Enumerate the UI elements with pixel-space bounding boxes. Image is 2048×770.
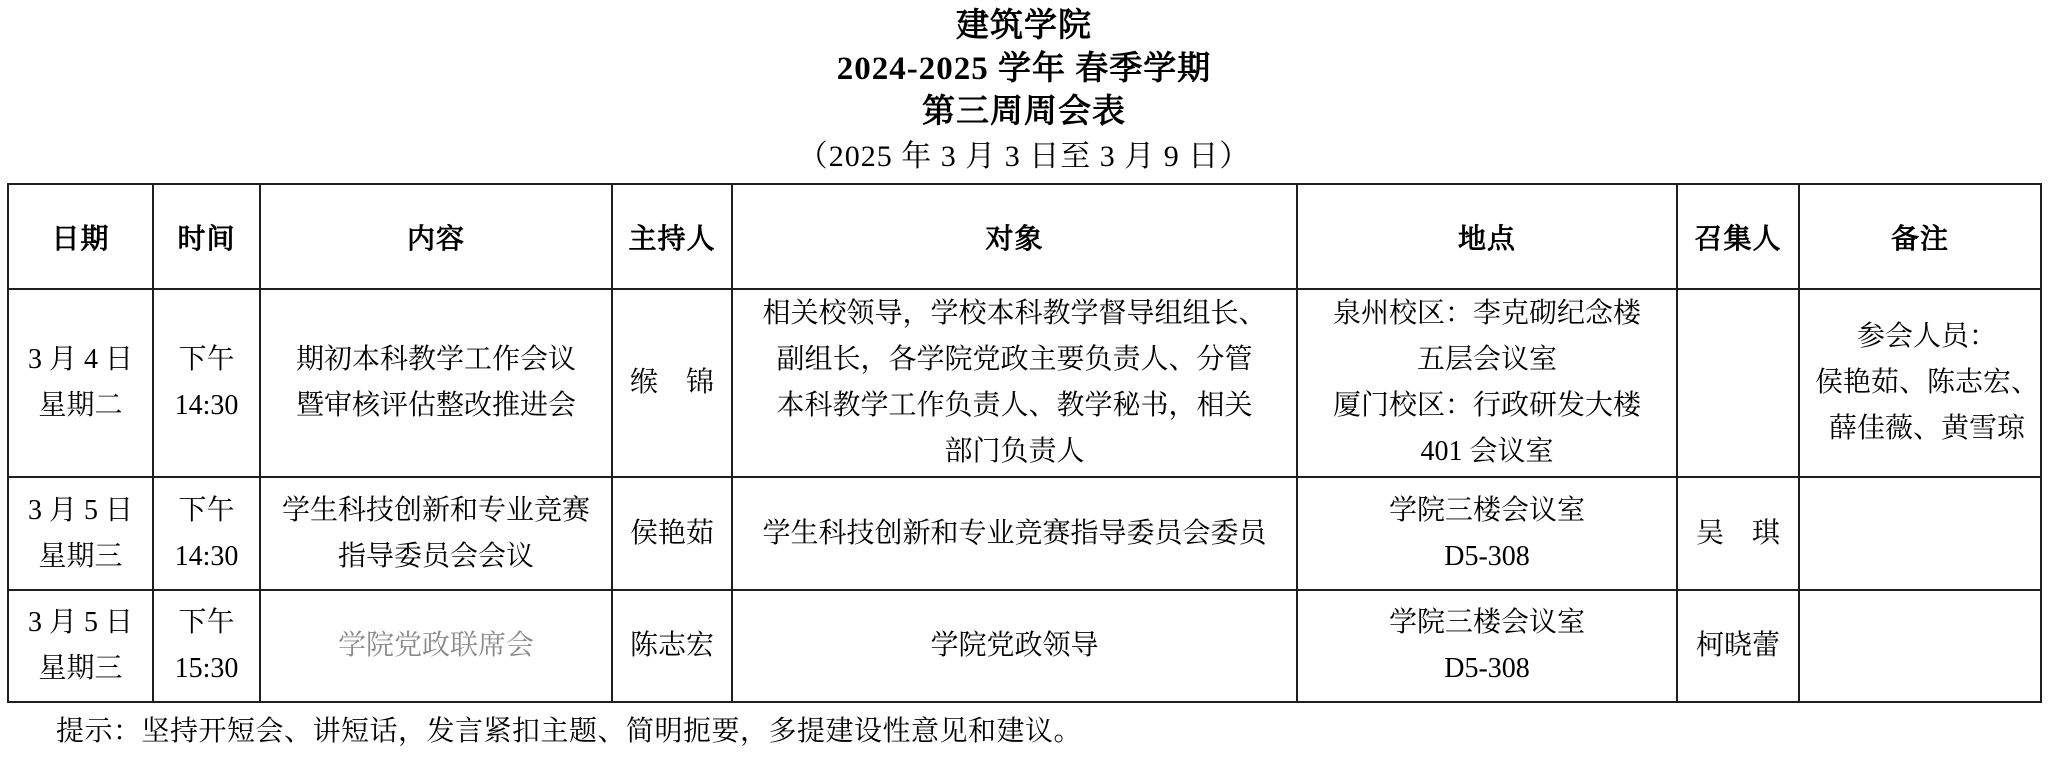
column-header-location: 地点 <box>1297 184 1677 289</box>
cell-line: 暨审核评估整改推进会 <box>261 383 611 429</box>
cell-line: 星期三 <box>9 646 152 692</box>
cell-line: 柯晓蕾 <box>1678 623 1798 669</box>
cell-host: 侯艳茹 <box>612 477 732 590</box>
cell-audience: 相关校领导，学校本科教学督导组组长、副组长，各学院党政主要负责人、分管本科教学工… <box>732 289 1297 477</box>
cell-line: 星期二 <box>9 383 152 429</box>
cell-line: 侯艳茹、陈志宏、 <box>1800 360 2040 406</box>
doc-title-semester: 2024-2025 学年 春季学期 <box>0 48 2048 91</box>
cell-time: 下午14:30 <box>153 477 260 590</box>
cell-line: 3 月 5 日 <box>9 600 152 646</box>
cell-content: 学生科技创新和专业竞赛指导委员会会议 <box>260 477 612 590</box>
cell-line: 缑 锦 <box>613 360 731 406</box>
cell-line: D5-308 <box>1298 646 1676 692</box>
cell-line: 学院党政联席会 <box>261 623 611 669</box>
document-page: 建筑学院 2024-2025 学年 春季学期 第三周周会表 （2025 年 3 … <box>0 0 2048 770</box>
schedule-table-header: 日期 时间 内容 主持人 对象 地点 召集人 备注 <box>8 184 2041 289</box>
column-header-convener: 召集人 <box>1677 184 1799 289</box>
cell-content: 期初本科教学工作会议暨审核评估整改推进会 <box>260 289 612 477</box>
column-header-content: 内容 <box>260 184 612 289</box>
cell-convener <box>1677 289 1799 477</box>
cell-convener: 柯晓蕾 <box>1677 590 1799 702</box>
cell-line: 14:30 <box>154 383 259 429</box>
cell-line: 3 月 4 日 <box>9 337 152 383</box>
column-header-host: 主持人 <box>612 184 732 289</box>
cell-notes <box>1799 590 2041 702</box>
cell-content: 学院党政联席会 <box>260 590 612 702</box>
cell-line: 学生科技创新和专业竞赛 <box>261 488 611 534</box>
cell-line: 指导委员会会议 <box>261 534 611 580</box>
cell-line: 14:30 <box>154 534 259 580</box>
cell-line: 3 月 5 日 <box>9 488 152 534</box>
table-row: 3 月 4 日星期二下午14:30期初本科教学工作会议暨审核评估整改推进会缑 锦… <box>8 289 2041 477</box>
cell-line: 五层会议室 <box>1298 337 1676 383</box>
cell-line: 吴 琪 <box>1678 511 1798 557</box>
cell-date: 3 月 4 日星期二 <box>8 289 153 477</box>
cell-location: 学院三楼会议室D5-308 <box>1297 590 1677 702</box>
cell-line: 参会人员： <box>1800 314 2040 360</box>
cell-line: 期初本科教学工作会议 <box>261 337 611 383</box>
cell-notes: 参会人员：侯艳茹、陈志宏、薛佳薇、黄雪琼 <box>1799 289 2041 477</box>
document-title-block: 建筑学院 2024-2025 学年 春季学期 第三周周会表 （2025 年 3 … <box>0 0 2048 179</box>
table-row: 3 月 5 日星期三下午15:30学院党政联席会陈志宏学院党政领导学院三楼会议室… <box>8 590 2041 702</box>
cell-line: 下午 <box>154 488 259 534</box>
cell-line: 泉州校区：李克砌纪念楼 <box>1298 291 1676 337</box>
cell-audience: 学院党政领导 <box>732 590 1297 702</box>
cell-time: 下午14:30 <box>153 289 260 477</box>
doc-title-date-range: （2025 年 3 月 3 日至 3 月 9 日） <box>0 134 2048 179</box>
cell-line: 星期三 <box>9 534 152 580</box>
cell-line: 部门负责人 <box>733 429 1296 475</box>
table-row: 3 月 5 日星期三下午14:30学生科技创新和专业竞赛指导委员会会议侯艳茹学生… <box>8 477 2041 590</box>
column-header-date: 日期 <box>8 184 153 289</box>
cell-line: 下午 <box>154 600 259 646</box>
footer-note: 提示：坚持开短会、讲短话，发言紧扣主题、简明扼要，多提建设性意见和建议。 <box>56 712 2048 752</box>
column-header-notes: 备注 <box>1799 184 2041 289</box>
cell-date: 3 月 5 日星期三 <box>8 590 153 702</box>
cell-convener: 吴 琪 <box>1677 477 1799 590</box>
cell-line: 侯艳茹 <box>613 511 731 557</box>
cell-line: 学院党政领导 <box>733 623 1296 669</box>
cell-location: 泉州校区：李克砌纪念楼五层会议室厦门校区：行政研发大楼401 会议室 <box>1297 289 1677 477</box>
schedule-table-body: 3 月 4 日星期二下午14:30期初本科教学工作会议暨审核评估整改推进会缑 锦… <box>8 289 2041 702</box>
cell-line: 相关校领导，学校本科教学督导组组长、 <box>733 291 1296 337</box>
cell-host: 陈志宏 <box>612 590 732 702</box>
cell-line: 副组长，各学院党政主要负责人、分管 <box>733 337 1296 383</box>
header-row: 日期 时间 内容 主持人 对象 地点 召集人 备注 <box>8 184 2041 289</box>
cell-line: 下午 <box>154 337 259 383</box>
cell-line: 学院三楼会议室 <box>1298 600 1676 646</box>
cell-line: 401 会议室 <box>1298 429 1676 475</box>
cell-date: 3 月 5 日星期三 <box>8 477 153 590</box>
doc-title-week: 第三周周会表 <box>0 91 2048 134</box>
cell-line: 学生科技创新和专业竞赛指导委员会委员 <box>733 511 1296 557</box>
cell-line: 陈志宏 <box>613 623 731 669</box>
column-header-time: 时间 <box>153 184 260 289</box>
cell-time: 下午15:30 <box>153 590 260 702</box>
cell-notes <box>1799 477 2041 590</box>
schedule-table: 日期 时间 内容 主持人 对象 地点 召集人 备注 3 月 4 日星期二下午14… <box>7 183 2042 703</box>
cell-audience: 学生科技创新和专业竞赛指导委员会委员 <box>732 477 1297 590</box>
cell-line: D5-308 <box>1298 534 1676 580</box>
column-header-audience: 对象 <box>732 184 1297 289</box>
cell-location: 学院三楼会议室D5-308 <box>1297 477 1677 590</box>
cell-line: 本科教学工作负责人、教学秘书，相关 <box>733 383 1296 429</box>
cell-line: 薛佳薇、黄雪琼 <box>1800 406 2040 452</box>
cell-host: 缑 锦 <box>612 289 732 477</box>
cell-line: 厦门校区：行政研发大楼 <box>1298 383 1676 429</box>
cell-line: 学院三楼会议室 <box>1298 488 1676 534</box>
doc-title-college: 建筑学院 <box>0 5 2048 48</box>
cell-line: 15:30 <box>154 646 259 692</box>
